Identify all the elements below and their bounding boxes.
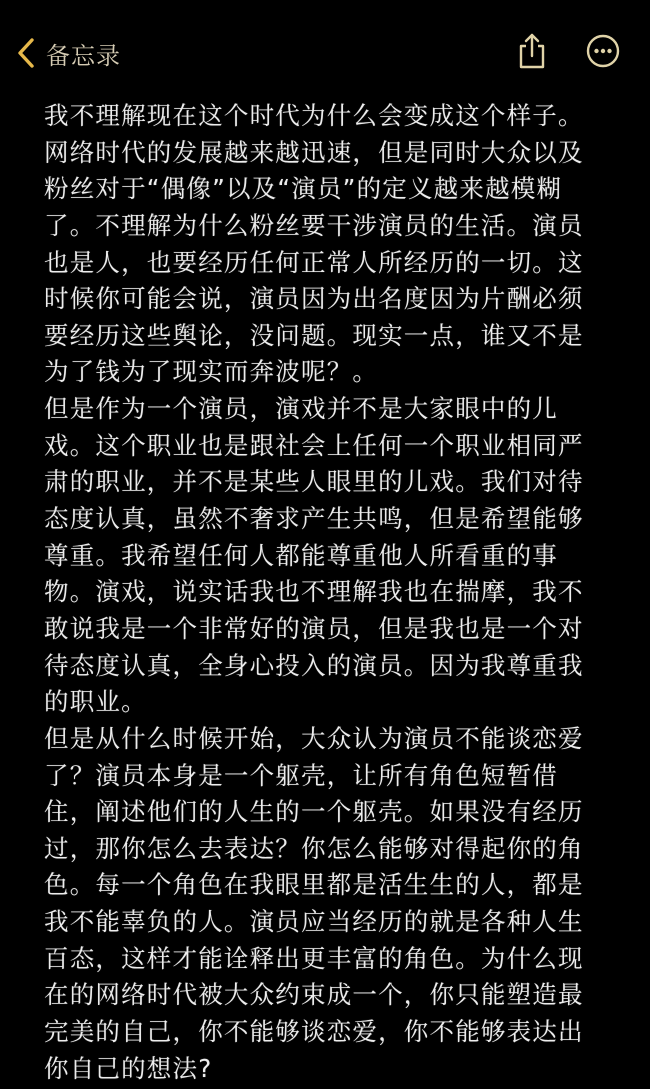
note-line: 了？演员本身是一个躯壳，让所有角色短暂借 <box>44 758 614 795</box>
note-line: 也是人，也要经历任何正常人所经历的一切。这 <box>44 245 614 282</box>
note-line: 网络时代的发展越来越迅速，但是同时大众以及 <box>44 135 614 172</box>
note-line: 态度认真，虽然不奢求产生共鸣，但是希望能够 <box>44 501 614 538</box>
note-line: 我不理解现在这个时代为什么会变成这个样子。 <box>44 98 614 135</box>
note-line: 戏。这个职业也是跟社会上任何一个职业相同严 <box>44 428 614 465</box>
nav-bar: 备忘录 <box>0 28 650 78</box>
note-line: 但是从什么时候开始，大众认为演员不能谈恋爱 <box>44 721 614 758</box>
note-line: 了。不理解为什么粉丝要干涉演员的生活。演员 <box>44 208 614 245</box>
note-line: 的职业。 <box>44 684 614 721</box>
share-button[interactable] <box>512 32 552 74</box>
note-line: 过，那你怎么去表达？你怎么能够对得起你的角 <box>44 831 614 868</box>
note-line: 色。每一个角色在我眼里都是活生生的人，都是 <box>44 867 614 904</box>
note-body[interactable]: 我不理解现在这个时代为什么会变成这个样子。 网络时代的发展越来越迅速，但是同时大… <box>44 98 614 1087</box>
chevron-left-icon <box>16 37 36 69</box>
note-line: 要经历这些舆论，没问题。现实一点，谁又不是 <box>44 318 614 355</box>
note-line: 完美的自己，你不能够谈恋爱，你不能够表达出 <box>44 1014 614 1051</box>
note-line: 你自己的想法? <box>44 1051 614 1088</box>
ellipsis-circle-icon <box>585 33 621 73</box>
note-line: 住，阐述他们的人生的一个躯壳。如果没有经历 <box>44 794 614 831</box>
note-line: 肃的职业，并不是某些人眼里的儿戏。我们对待 <box>44 464 614 501</box>
back-label: 备忘录 <box>46 36 121 71</box>
note-line: 百态，这样才能诠释出更丰富的角色。为什么现 <box>44 941 614 978</box>
back-button[interactable]: 备忘录 <box>16 32 121 74</box>
note-line: 待态度认真，全身心投入的演员。因为我尊重我 <box>44 648 614 685</box>
note-line: 粉丝对于“偶像”以及“演员”的定义越来越模糊 <box>44 171 614 208</box>
note-line: 时候你可能会说，演员因为出名度因为片酬必须 <box>44 281 614 318</box>
more-button[interactable] <box>583 32 623 74</box>
note-line: 物。演戏，说实话我也不理解我也在揣摩，我不 <box>44 574 614 611</box>
note-line: 为了钱为了现实而奔波呢？。 <box>44 354 614 391</box>
note-line: 敢说我是一个非常好的演员，但是我也是一个对 <box>44 611 614 648</box>
share-icon <box>517 32 547 74</box>
note-line: 尊重。我希望任何人都能尊重他人所看重的事 <box>44 538 614 575</box>
note-line: 但是作为一个演员，演戏并不是大家眼中的儿 <box>44 391 614 428</box>
note-line: 在的网络时代被大众约束成一个，你只能塑造最 <box>44 977 614 1014</box>
note-line: 我不能辜负的人。演员应当经历的就是各种人生 <box>44 904 614 941</box>
